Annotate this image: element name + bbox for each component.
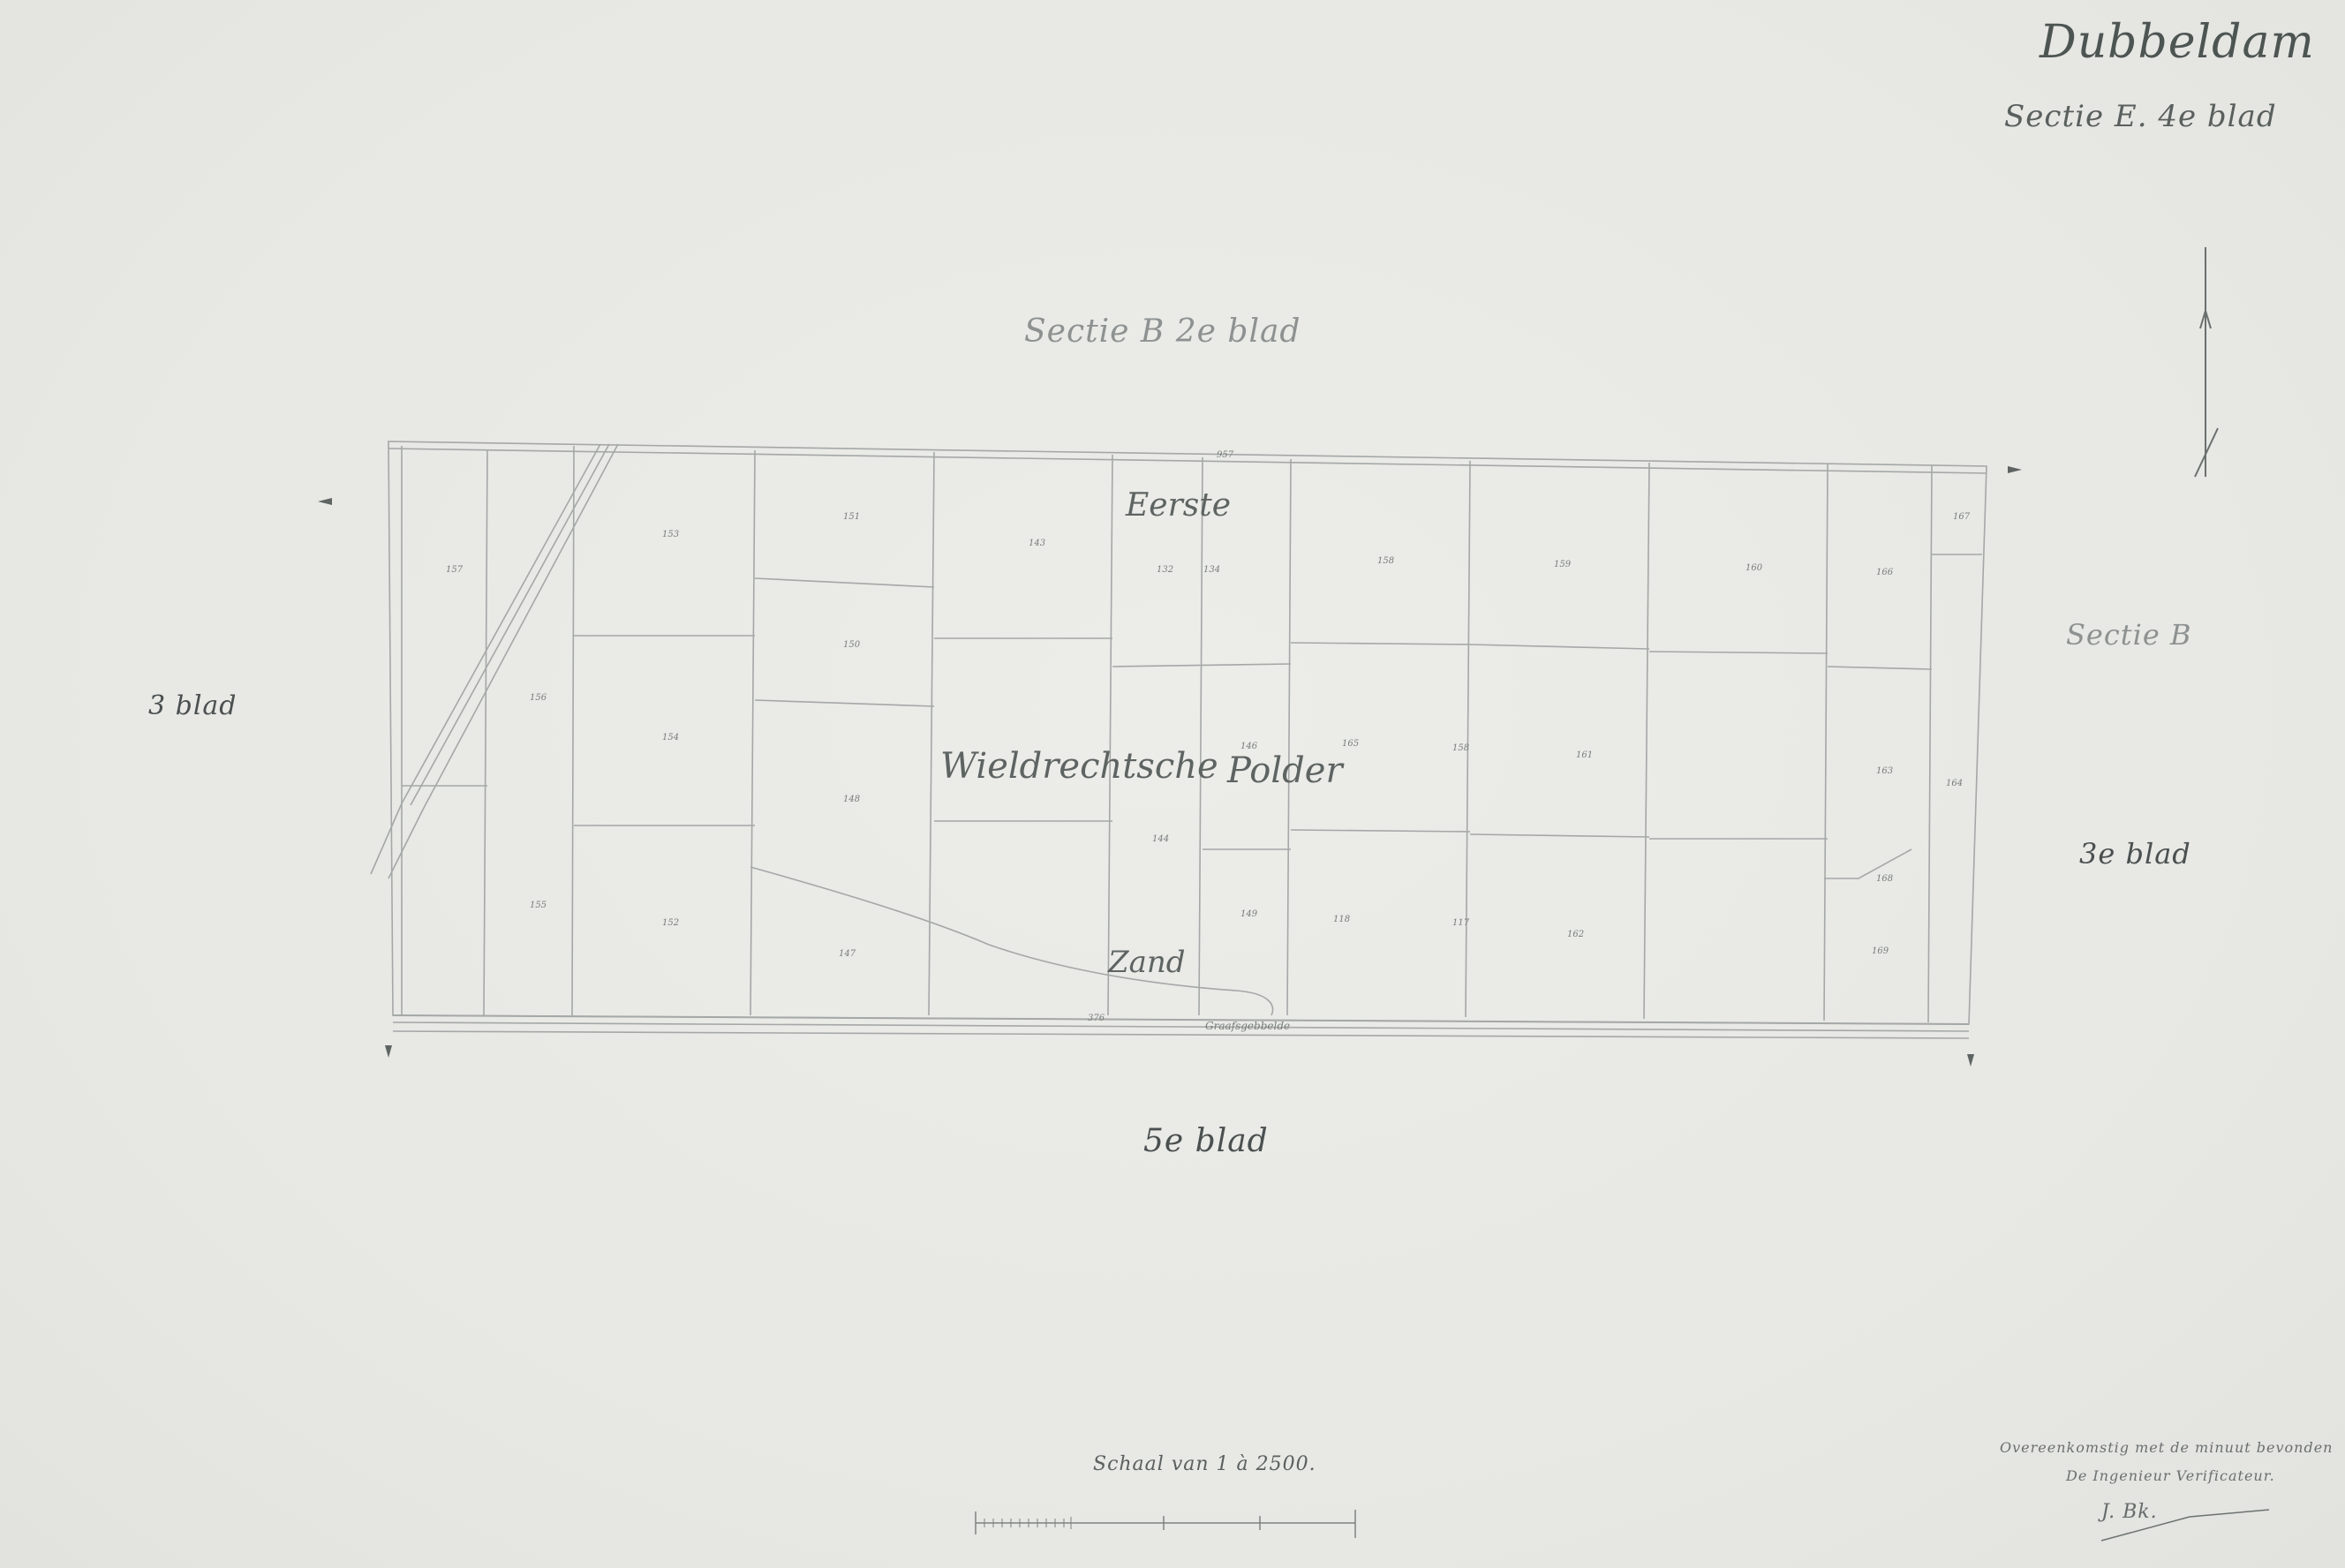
parcel-number: 166 (1876, 568, 1893, 577)
label-zand: Zand (1108, 945, 1186, 980)
parcel-number: 162 (1567, 930, 1584, 939)
parcel-number: 158 (1377, 556, 1394, 566)
parcel-number: 163 (1876, 766, 1893, 776)
label-eerste: Eerste (1126, 487, 1231, 524)
parcel-number: 957 (1217, 450, 1233, 460)
parcel-number: 165 (1342, 739, 1359, 749)
parcel-number: 150 (843, 640, 860, 650)
parcel-number: 169 (1872, 946, 1889, 956)
west-arrow (318, 498, 332, 505)
parcel-number: 156 (530, 693, 547, 703)
adjacent-sheet-left: 3 blad (148, 690, 238, 721)
adjacent-sheet-bottom: 5e blad (1143, 1123, 1269, 1159)
map-boundary (388, 441, 1987, 1024)
parcel-number: 118 (1333, 915, 1350, 924)
south-arrow-left (385, 1045, 392, 1058)
parcel-number: 152 (662, 918, 679, 928)
parcel-number: 149 (1240, 909, 1257, 919)
signature: J. Bk. (2101, 1501, 2158, 1523)
parcel-number: 158 (1452, 743, 1469, 753)
east-arrow (2008, 466, 2022, 473)
parcel-number: 143 (1029, 539, 1045, 548)
parcel-number: 147 (839, 949, 856, 959)
parcel-number: 167 (1953, 512, 1970, 522)
parcel-number: 161 (1576, 750, 1593, 760)
sheet-subtitle: Sectie E. 4e blad (2004, 99, 2277, 134)
parcel-number: 168 (1876, 874, 1893, 884)
label-polder-name: Wieldrechtsche (940, 746, 1218, 787)
parcel-number: 157 (446, 565, 463, 575)
parcel-number: 376 (1088, 1014, 1105, 1023)
adjacent-section-right: Sectie B (2066, 618, 2192, 652)
parcel-number: 164 (1946, 779, 1963, 788)
certification-line-2: De Ingenieur Verificateur. (2066, 1467, 2275, 1484)
parcel-number: 159 (1554, 560, 1571, 569)
parcel-number: 146 (1240, 742, 1257, 751)
scale-label: Schaal van 1 à 2500. (1093, 1453, 1316, 1475)
parcel-number: 151 (843, 512, 860, 522)
parcel-number: 148 (843, 795, 860, 804)
north-arrow (2195, 247, 2218, 477)
south-arrow-right (1967, 1054, 1974, 1067)
scale-bar (976, 1510, 1355, 1538)
certification-line-1: Overeenkomstig met de minuut bevonden (2000, 1439, 2333, 1456)
parcel-number: 134 (1203, 565, 1220, 575)
adjacent-sheet-right: 3e blad (2079, 837, 2191, 871)
parcel-number: 160 (1746, 563, 1762, 573)
label-road: Graafsgebbelde (1205, 1020, 1290, 1032)
municipality-title: Dubbeldam (2040, 16, 2315, 69)
parcel-number: 117 (1452, 918, 1469, 928)
parcel-number: 154 (662, 733, 679, 743)
parcel-number: 155 (530, 901, 547, 910)
label-polder: Polder (1227, 750, 1343, 791)
parcel-number: 153 (662, 530, 679, 539)
parcel-number: 132 (1157, 565, 1173, 575)
parcel-number: 144 (1152, 834, 1169, 844)
adjacent-sheet-top: Sectie B 2e blad (1024, 313, 1301, 350)
